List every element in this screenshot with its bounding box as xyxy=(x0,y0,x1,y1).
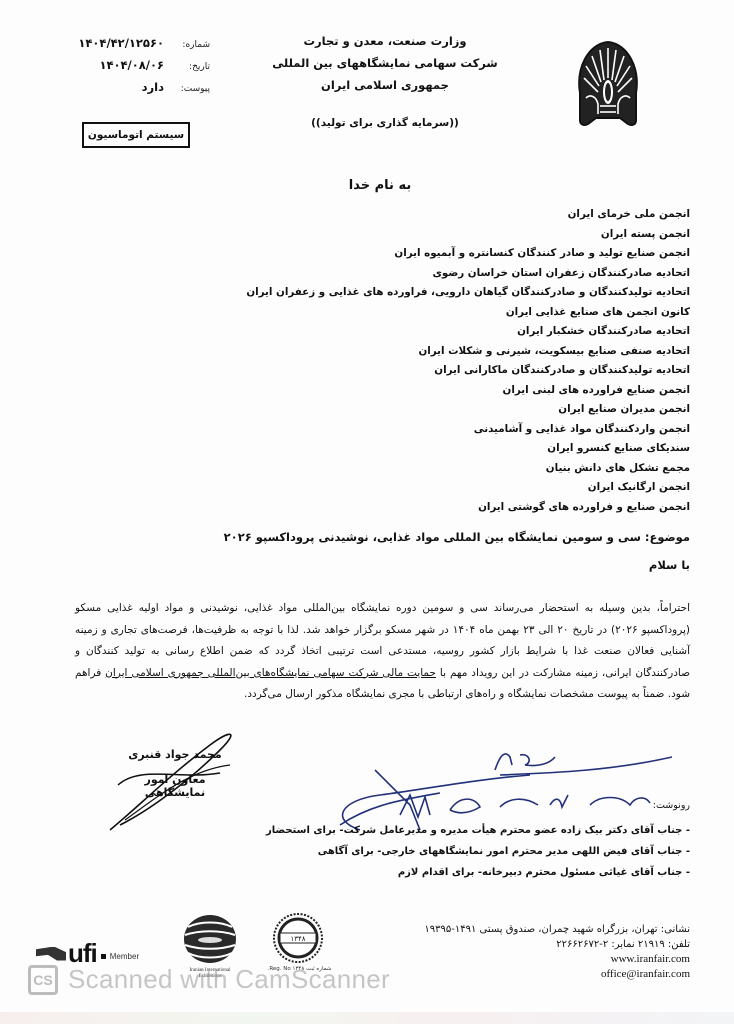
cc-item: - جناب آقای غیاثی مسئول محترم دبیرخانه- … xyxy=(270,862,690,883)
recipient: انجمن ملی خرمای ایران xyxy=(270,205,690,225)
recipient: انجمن صنایع و فراورده های گوشتی ایران xyxy=(270,498,690,518)
ufi-map-icon xyxy=(36,947,66,961)
recipient: اتحادیه تولیدکنندگان و صادرکنندگان گیاها… xyxy=(270,283,690,303)
recipient: سندیکای صنایع کنسرو ایران xyxy=(270,439,690,459)
greeting: با سلام xyxy=(490,558,690,572)
footer-phone: تلفن: ۲۱۹۱۹ نمابر: ۲-۲۲۶۶۲۶۷۲ xyxy=(370,937,690,952)
footer-contact: نشانی: تهران، بزرگراه شهید چمران، صندوق … xyxy=(370,922,690,982)
recipients-list: انجمن ملی خرمای ایران انجمن پسته ایران ا… xyxy=(270,205,690,517)
recipient: انجمن صنایع فراورده های لبنی ایران xyxy=(270,381,690,401)
slogan: ((سرمایه گذاری برای تولید)) xyxy=(270,112,500,134)
letter-body: احتراماً، بدین وسیله به استحضار می‌رساند… xyxy=(75,598,690,706)
recipient: مجمع تشکل های دانش بنیان xyxy=(270,459,690,479)
seal-year: ۱۳۴۸ xyxy=(290,935,305,943)
recipient: اتحادیه صادرکنندگان زعفران استان خراسان … xyxy=(270,264,690,284)
bullet-icon xyxy=(101,954,106,959)
date-row: تاریخ: ۱۴۰۴/۰۸/۰۶ xyxy=(40,58,210,80)
camscanner-watermark: CS Scanned with CamScanner xyxy=(28,964,390,995)
automation-system-stamp: سیستم اتوماسیون xyxy=(82,122,190,148)
company-name: شرکت سهامی نمایشگاههای بین المللی xyxy=(270,52,500,74)
recipient: اتحادیه صنفی صنایع بیسکویت، شیرنی و شکلا… xyxy=(270,342,690,362)
cc-list: - جناب آقای دکتر بیک زاده عضو محترم هیأت… xyxy=(270,820,690,883)
recipient: کانون انجمن های صنایع غذایی ایران xyxy=(270,303,690,323)
camscanner-text: Scanned with CamScanner xyxy=(68,964,390,995)
recipient: اتحادیه صادرکنندگان خشکبار ایران xyxy=(270,322,690,342)
footer-address: نشانی: تهران، بزرگراه شهید چمران، صندوق … xyxy=(370,922,690,937)
number-label: شماره: xyxy=(174,40,210,50)
letter-number: ۱۴۰۴/۴۲/۱۲۵۶۰ xyxy=(78,36,174,50)
attachment-row: پیوست: دارد xyxy=(40,80,210,102)
attachment-value: دارد xyxy=(142,80,174,94)
country-name: جمهوری اسلامی ایران xyxy=(270,74,500,96)
letterhead: وزارت صنعت، معدن و تجارت شرکت سهامی نمای… xyxy=(270,30,500,134)
body-underlined: حمایت مالی شرکت سهامی نمایشگاه‌های بین‌ا… xyxy=(105,667,436,679)
ufi-member-label: Member xyxy=(110,952,139,961)
ministry-name: وزارت صنعت، معدن و تجارت xyxy=(270,30,500,52)
recipient: انجمن پسته ایران xyxy=(270,225,690,245)
cc-item: - جناب آقای فیض اللهی مدیر محترم امور نم… xyxy=(270,841,690,862)
globe-logo-icon xyxy=(182,913,238,965)
seal-logo-icon: ۱۳۴۸ xyxy=(272,912,324,964)
footer-email: office@iranfair.com xyxy=(370,967,690,982)
recipient: انجمن واردکنندگان مواد غذایی و آشامیدنی xyxy=(270,420,690,440)
recipient: اتحادیه تولیدکنندگان و صادرکنندگان ماکار… xyxy=(270,361,690,381)
number-row: شماره: ۱۴۰۴/۴۲/۱۲۵۶۰ xyxy=(40,36,210,58)
date-label: تاریخ: xyxy=(174,62,210,72)
camscanner-badge-icon: CS xyxy=(28,965,58,995)
company-logo-icon xyxy=(574,38,642,128)
cc-label: رونوشت: xyxy=(653,800,690,811)
recipient: انجمن مدیران صنایع ایران xyxy=(270,400,690,420)
letter-date: ۱۴۰۴/۰۸/۰۶ xyxy=(99,58,174,72)
attachment-label: پیوست: xyxy=(174,84,210,94)
recipient: انجمن صنایع تولید و صادر کنندگان کنسانتر… xyxy=(270,244,690,264)
footer-website: www.iranfair.com xyxy=(370,952,690,967)
scan-edge xyxy=(0,1012,734,1024)
cc-item: - جناب آقای دکتر بیک زاده عضو محترم هیأت… xyxy=(270,820,690,841)
bismillah: به نام خدا xyxy=(300,178,460,193)
subject-line: موضوع: سی و سومین نمایشگاه بین المللی مو… xyxy=(220,530,690,544)
recipient: انجمن ارگانیک ایران xyxy=(270,478,690,498)
letter-meta: شماره: ۱۴۰۴/۴۲/۱۲۵۶۰ تاریخ: ۱۴۰۴/۰۸/۰۶ پ… xyxy=(40,36,210,102)
